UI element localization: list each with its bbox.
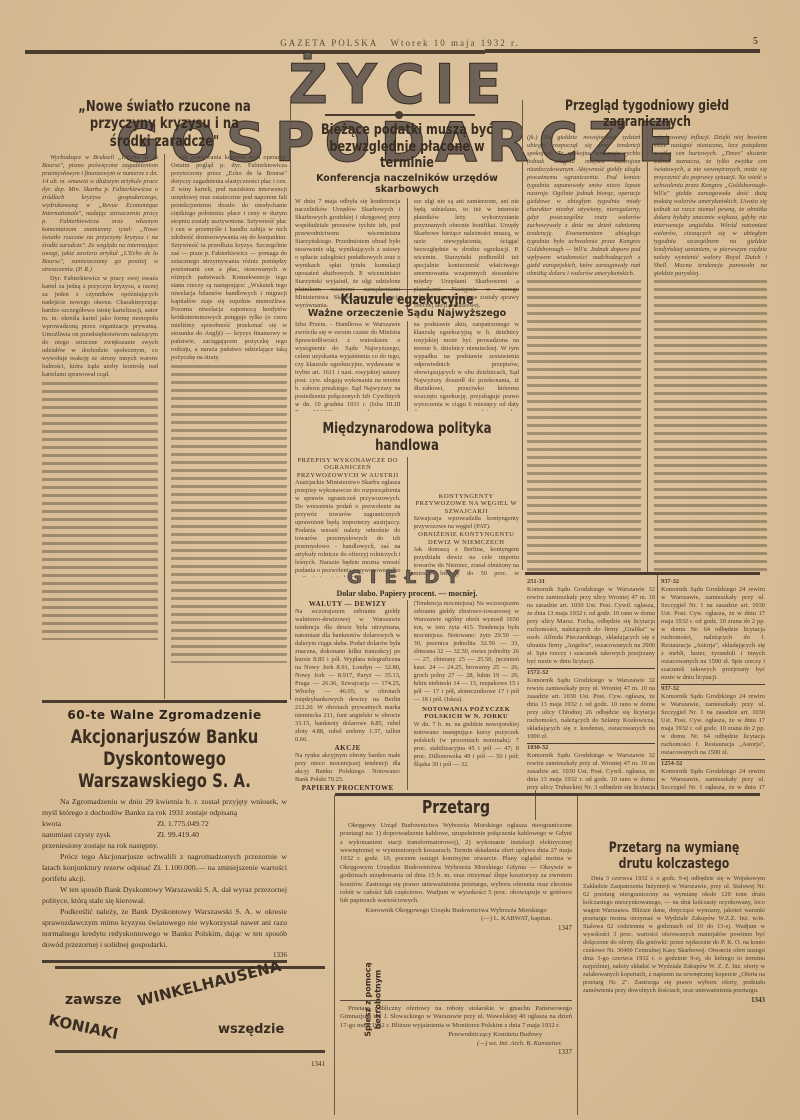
article-body: Dyr. Fabierkiewicz w pracy swej uważa ka… xyxy=(42,275,158,379)
notice-text: Komornik Sądu Grodzkiego w Warszawie 32 … xyxy=(527,752,655,790)
section-heading: WALUTY — DEWIZY xyxy=(295,600,401,608)
article-biezace-podatki: Bieżące podatki muszą być bezwzględnie p… xyxy=(295,122,519,287)
text-lines xyxy=(527,278,641,574)
article-body: Dnia 3 czerwca 1932 r. o godz. 9-ej odbę… xyxy=(583,875,765,995)
ad-title: Akcjonarjuszów Banku Dyskontowego Warsza… xyxy=(69,726,260,792)
article-body: Szwajcarja wprowadziła kontyngenty przyw… xyxy=(414,515,520,531)
notice-text: Komornik Sądu Grodzkiego 24 rewiru w War… xyxy=(661,693,765,757)
section-body: W dn. 7 b. m. na giełdzie nowojorskiej n… xyxy=(414,721,520,769)
text-lines xyxy=(42,380,158,640)
ad-brand-1: KONIAKI xyxy=(47,1011,120,1043)
article-przetarg: Przetarg Okręgowy Urząd Budownictwa Wybr… xyxy=(340,798,572,998)
paper-name: GAZETA POLSKA xyxy=(280,38,378,48)
column-divider xyxy=(577,795,578,1115)
article-przetarg-drut: Przetarg na wymianę drutu kolczastego Dn… xyxy=(583,840,765,1095)
article-subheading: OBNIŻENIE KONTYNGENTU DEWIZ W NIEMCZECH xyxy=(414,531,520,546)
column-divider xyxy=(290,100,291,700)
article-miedzynarodowa: Międzynarodowa polityka handlowa PRZEPIS… xyxy=(295,420,519,565)
divider-rule xyxy=(340,1000,572,1001)
article-headline: Przegląd tygodniowy giełd zagranicznych xyxy=(553,98,740,130)
notice-case-number: 937-32 xyxy=(661,578,765,586)
notice-case-number: 1030-32 xyxy=(527,743,655,752)
signature: Kierownik Okręgowego Urzędu Budownictwa … xyxy=(340,907,572,915)
issue-date: Wtorek 10 maja 1932 r. xyxy=(391,38,520,48)
ad-number: 1347 xyxy=(340,924,572,932)
article-klauzule: Klauzule egzekucyjne Ważne orzeczenie Są… xyxy=(295,292,519,417)
ad-intro: Na Zgromadzeniu w dniu 29 kwietnia b. r.… xyxy=(42,796,287,818)
notice-case-number: 251-31 xyxy=(527,578,655,586)
article-body: Okręgowy Urząd Budownictwa Wybrzeża Mors… xyxy=(340,822,572,906)
column-divider xyxy=(657,575,658,790)
article-headline: Bieżące podatki muszą być bezwzględnie p… xyxy=(320,122,495,172)
article-gieldy: GIEŁDY Dolar słabo. Papiery procent. — m… xyxy=(295,568,519,793)
article-subheadline: Ważne orzeczenie Sądu Najwyższego xyxy=(295,308,519,319)
ad-slogan-top: zawsze xyxy=(65,992,122,1008)
article-headline: Międzynarodowa polityka handlowa xyxy=(320,420,495,455)
divider-rule xyxy=(42,960,287,963)
masthead-rule-right xyxy=(485,49,760,53)
amount-row: natomiast czysty zysk Zł. 99.419.40 xyxy=(42,829,287,840)
ad-koniak-winkelhausena: zawsze KONIAKI WINKELHAUSENA wszędzie xyxy=(40,980,290,1060)
ad-kicker: 60-te Walne Zgromadzenie xyxy=(42,708,287,722)
column-divider xyxy=(334,795,335,1115)
column-divider xyxy=(522,100,523,570)
article-headline: GIEŁDY xyxy=(295,568,519,589)
article-body: miarkowanej inflacji. Dzięki niej bowiem… xyxy=(654,134,768,278)
notices-column-right: 937-32 Komornik Sądu Grodzkiego 24 rewir… xyxy=(661,578,765,790)
section-body: Na rynku akcyjnym obroty bardzo małe prz… xyxy=(295,752,401,784)
article-body: na podstawie aktu, zaopatrzonego w klauz… xyxy=(414,321,520,411)
section-body: (Tendencja mocniejsza) Na wczorajszem ze… xyxy=(414,600,520,704)
divider-rule xyxy=(55,1050,325,1053)
ad-number: 1343 xyxy=(583,996,765,1004)
article-intro: Wychodzące w Brukseli „L'Echo de la Bour… xyxy=(42,154,158,274)
title-ornament xyxy=(325,114,475,116)
notice-case-number: 937-32 xyxy=(661,684,765,693)
article-przetarg-roboty: Przetarg publiczny ofertowy na roboty st… xyxy=(340,1005,572,1065)
notice-case-number: 1254-32 xyxy=(661,759,765,768)
article-nowe-swiatlo: „Nowe światło rzucone na przyczyny kryzy… xyxy=(42,98,287,693)
notice-text: Komornik Sądu Grodzkiego w Warszawie 32 … xyxy=(527,586,655,666)
notice-text: Komornik Sądu Grodzkiego 24 rewiru w War… xyxy=(661,586,765,682)
notice-case-number: 1572-32 xyxy=(527,668,655,677)
article-headline: „Nowe światło rzucone na przyczyny kryzy… xyxy=(69,98,260,150)
divider-rule xyxy=(55,966,325,969)
section-heading: PAPIERY PROCENTOWE xyxy=(295,784,401,790)
section-heading: NOTOWANIA POŻYCZEK POLSKICH W N. JORKU xyxy=(414,706,520,721)
article-headline: Przetarg xyxy=(366,798,547,819)
divider-rule xyxy=(295,289,519,290)
article-body: Izba Przem. - Handlowa w Warszawie zwróc… xyxy=(295,321,401,411)
divider-rule xyxy=(525,572,760,575)
divider-rule xyxy=(335,793,760,796)
signature: Przewodniczący Komitetu Budowy xyxy=(340,1031,572,1039)
article-headline: Przetarg na wymianę drutu kolczastego xyxy=(603,840,745,872)
notice-text: Komornik Sądu Grodzkiego w Warszawie 32 … xyxy=(527,677,655,741)
article-headline: Klauzule egzekucyjne xyxy=(320,292,495,308)
newspaper-page: GAZETA POLSKA Wtorek 10 maja 1932 r. 5 Ż… xyxy=(0,0,800,1120)
article-body: zek pokrywania kosztów tych operacyj. Os… xyxy=(171,154,287,362)
ad-bank-dyskontowy: 60-te Walne Zgromadzenie Akcjonarjuszów … xyxy=(42,708,287,948)
amount-row: kwota Zł. 1.775.049.72 xyxy=(42,818,287,829)
page-number: 5 xyxy=(753,36,760,47)
article-subheadline: Dolar słabo. Papiery procent. — mocniej. xyxy=(295,589,519,598)
ad-number: 1341 xyxy=(300,1060,325,1068)
article-body: (jk.) Na giełdzie nowojorskiej tydzień u… xyxy=(527,134,641,278)
divider-rule xyxy=(42,700,287,703)
ad-brand-2: WINKELHAUSENA xyxy=(136,957,283,1010)
section-heading: AKCJE xyxy=(295,744,401,752)
notices-column-left: 251-31 Komornik Sądu Grodzkiego w Warsza… xyxy=(527,578,655,790)
article-subheadline: Konferencja naczelników urzędów skarbowy… xyxy=(295,173,519,195)
notice-text: Komornik Sądu Grodzkiego 24 rewiru w War… xyxy=(661,768,765,790)
ad-slogan-bottom: wszędzie xyxy=(218,1022,284,1037)
section-body: Na wczorajszem zebraniu giełdy walutowo-… xyxy=(295,608,401,744)
text-lines xyxy=(654,278,768,574)
article-body: Przetarg publiczny ofertowy na roboty st… xyxy=(340,1005,572,1030)
signature-name: (—) wz. Inż. Arch. B. Kunstetter. xyxy=(340,1040,572,1048)
article-przeglad-gield: Przegląd tygodniowy giełd zagranicznych … xyxy=(527,98,767,558)
article-body: Austrjackie Ministerstwo Skarbu ogłasza … xyxy=(295,479,401,577)
article-subheading: PRZEPISY WYKONAWCZE DO OGRANICZEŃ PRZYWO… xyxy=(295,457,401,480)
ad-number: 1337 xyxy=(340,1048,572,1056)
article-subheading: KONTYNGENTY PRZYWOZOWE NA WĘGIEL W SZWAJ… xyxy=(414,493,520,516)
signature-name: (—) L. KARWAT, kapitan. xyxy=(340,915,572,923)
text-lines xyxy=(171,363,287,663)
